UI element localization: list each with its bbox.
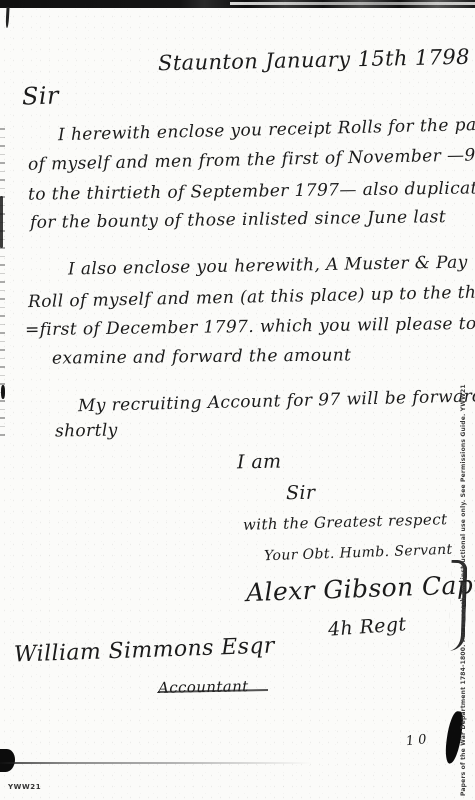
- scan-artifact-fold-line: [0, 762, 312, 764]
- letter-body-line: of myself and men from the first of Nove…: [28, 147, 475, 174]
- letter-body-line: I also enclose you herewith, A Muster & …: [68, 255, 468, 279]
- letter-body-line: to the thirtieth of September 1797— also…: [28, 179, 475, 203]
- letter-body-line: for the bounty of those inlisted since J…: [30, 209, 446, 232]
- signature: Alexr Gibson Capt: [246, 572, 475, 605]
- letter-closing-i-am: I am: [237, 453, 282, 473]
- letter-closing-sir: Sir: [286, 484, 316, 504]
- scan-artifact-top-border: [0, 0, 475, 8]
- letter-closing-servant: Your Obt. Humb. Servant: [264, 543, 453, 564]
- archive-corner-code: YWW21: [8, 783, 41, 791]
- letter-body-line: Roll of myself and men (at this place) u…: [28, 284, 475, 311]
- letter-closing-respect: with the Greatest respect: [243, 512, 448, 533]
- archive-stamp-vertical: Papers of the War Department 1784-1800. …: [460, 384, 467, 796]
- addressee-name: William Simmons Esqr: [14, 635, 275, 666]
- scan-artifact-left-dot: [1, 385, 5, 399]
- letter-salutation: Sir: [22, 83, 60, 108]
- page-number: 10: [405, 733, 431, 748]
- letter-body-line: =first of December 1797. which you will …: [25, 316, 475, 339]
- letter-body-line: I herewith enclose you receipt Rolls for…: [58, 117, 475, 144]
- scan-artifact-top-tick: [5, 7, 9, 28]
- letter-body-line: examine and forward the amount: [52, 347, 352, 367]
- letter-body-line: shortly: [55, 422, 118, 440]
- scan-artifact-top-border-gap: [230, 2, 475, 5]
- scan-artifact-left-streak: [0, 196, 3, 248]
- letter-body-line: My recruiting Account for 97 will be for…: [78, 388, 475, 415]
- scan-artifact-left-speckle: [0, 128, 5, 443]
- scanned-letter-page: Staunton January 15th 1798 Sir I herewit…: [0, 0, 475, 800]
- addressee-title: Accountant: [158, 679, 249, 696]
- letter-dateline: Staunton January 15th 1798: [158, 47, 470, 75]
- signature-regiment: 4h Regt: [327, 615, 407, 639]
- scan-artifact-left-blob: [0, 749, 15, 772]
